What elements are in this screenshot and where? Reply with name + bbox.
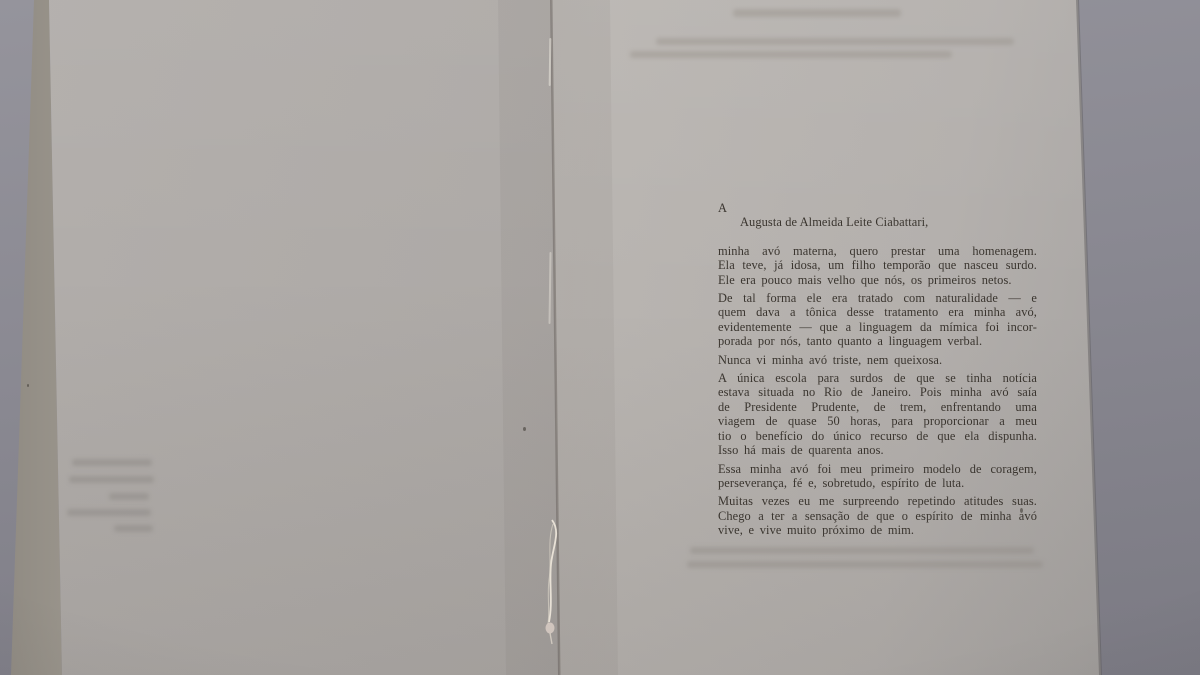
text-line: Essa minha avó foi meu primeiro modelo d… (718, 462, 1037, 476)
paragraph: De tal forma ele era tratado com natural… (718, 291, 1037, 349)
text-line: evidentemente — que a linguagem da mímic… (718, 320, 1037, 334)
text-line: A única escola para surdos de que se tin… (718, 371, 1037, 385)
paper-speck (523, 427, 526, 431)
bleed-through-line (72, 459, 152, 466)
text-line: perseverança, fé e, sobretudo, espírito … (718, 476, 1037, 490)
text-line: Isso há mais de quarenta anos. (718, 443, 1037, 457)
bleed-through-line (69, 476, 154, 483)
thread-knot (546, 623, 555, 634)
bleed-through-line (630, 51, 952, 58)
paper-speck (27, 384, 29, 387)
bleed-through-line (687, 561, 1043, 568)
text-line: estava situada no Rio de Janeiro. Pois m… (718, 385, 1037, 399)
bleed-through-heading (733, 9, 901, 17)
paragraph: Essa minha avó foi meu primeiro modelo d… (718, 462, 1037, 491)
bleed-through-line (656, 38, 1014, 45)
dedication-text-block: A Augusta de Almeida Leite Ciabattari, m… (718, 201, 1037, 542)
bleed-through-line (109, 493, 149, 500)
text-line: Chego a ter a sensação de que o espírito… (718, 509, 1037, 523)
text-line: quem dava a tônica desse tratamento era … (718, 305, 1037, 319)
text-line: De tal forma ele era tratado com natural… (718, 291, 1037, 305)
dedication-paragraphs: minha avó materna, quero prestar uma hom… (718, 244, 1037, 538)
text-line: tio o benefício do único recurso de que … (718, 429, 1037, 443)
text-line: Ele era pouco mais velho que nós, os pri… (718, 273, 1037, 287)
text-line: viagem de quase 50 horas, para proporcio… (718, 414, 1037, 428)
text-line: Muitas vezes eu me surpreendo repetindo … (718, 494, 1037, 508)
bleed-through-line (114, 525, 153, 532)
dedication-dedicatee: Augusta de Almeida Leite Ciabattari, (740, 215, 1037, 229)
paragraph: Muitas vezes eu me surpreendo repetindo … (718, 494, 1037, 537)
paragraph: minha avó materna, quero prestar uma hom… (718, 244, 1037, 287)
bleed-through-line (67, 509, 151, 516)
bleed-through-line (690, 547, 1034, 554)
paragraph: Nunca vi minha avó triste, nem queixosa. (718, 353, 1037, 367)
text-line: minha avó materna, quero prestar uma hom… (718, 244, 1037, 258)
binding-thread (538, 512, 568, 652)
photo-of-open-book: A Augusta de Almeida Leite Ciabattari, m… (0, 0, 1200, 675)
paragraph: A única escola para surdos de que se tin… (718, 371, 1037, 457)
text-line: vive, e vive muito próximo de mim. (718, 523, 1037, 537)
text-line: porada por nós, tanto quanto a linguagem… (718, 334, 1037, 348)
text-line: de Presidente Prudente, de trem, enfrent… (718, 400, 1037, 414)
dedication-salutation: A (718, 201, 1037, 215)
text-line: Ela teve, já idosa, um filho temporão qu… (718, 258, 1037, 272)
text-line: Nunca vi minha avó triste, nem queixosa. (718, 353, 1037, 367)
